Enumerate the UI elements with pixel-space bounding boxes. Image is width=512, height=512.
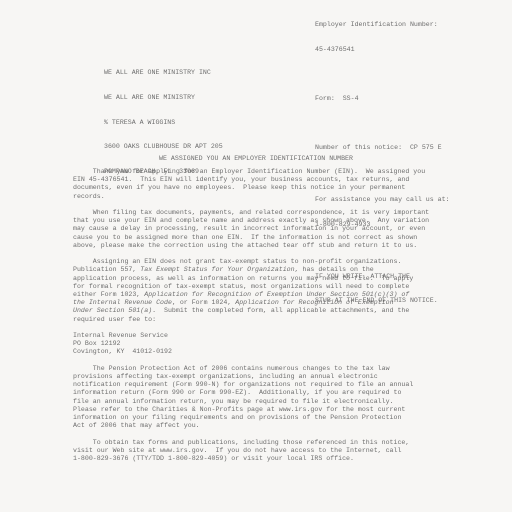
ein-label: Employer Identification Number: [315, 21, 450, 29]
irs-mailing-address: Internal Revenue Service PO Box 12192 Co… [73, 332, 503, 357]
address-line: WE ALL ARE ONE MINISTRY INC [104, 69, 223, 77]
notice-body: Thank you for applying for an Employer I… [73, 168, 503, 471]
notice-number: Number of this notice: CP 575 E [315, 144, 450, 152]
paragraph-tax-forms: To obtain tax forms and publications, in… [73, 439, 503, 464]
address-line: 3600 OAKS CLUBHOUSE DR APT 205 [104, 143, 223, 151]
paragraph-thank-you: Thank you for applying for an Employer I… [73, 168, 503, 201]
publication-title: Tax Exempt Status for Your Organization [140, 266, 294, 273]
text-run: , or Form 1024, [172, 299, 235, 306]
paragraph-pension-act: The Pension Protection Act of 2006 conta… [73, 365, 503, 431]
notice-page: Employer Identification Number: 45-43765… [0, 0, 512, 512]
address-line: % TERESA A WIGGINS [104, 119, 223, 127]
form-number: Form: SS-4 [315, 95, 450, 103]
paragraph-tax-exempt: Assigning an EIN does not grant tax-exem… [73, 258, 503, 324]
ein-value: 45-4376541 [315, 46, 450, 54]
paragraph-filing: When filing tax documents, payments, and… [73, 209, 503, 250]
address-line: WE ALL ARE ONE MINISTRY [104, 94, 223, 102]
notice-title: WE ASSIGNED YOU AN EMPLOYER IDENTIFICATI… [0, 155, 512, 163]
